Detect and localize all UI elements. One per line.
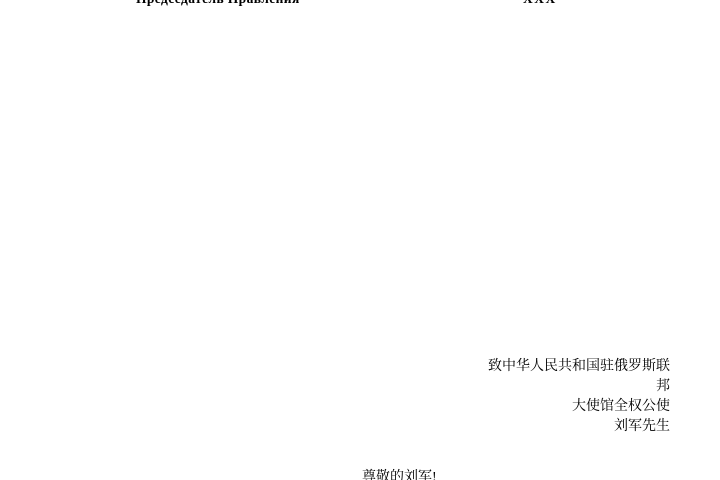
addressee-line-1: 致中华人民共和国驻俄罗斯联 [488,357,670,377]
salutation-text: 尊敬的刘军! [362,468,437,480]
signature-role-text: Председатель Правления [136,0,300,7]
addressee-line-4: 刘军先生 [488,417,670,437]
addressee-line-2: 邦 [488,377,670,397]
addressee-line-3: 大使馆全权公使 [488,397,670,417]
addressee-block: 致中华人民共和国驻俄罗斯联 邦 大使馆全权公使 刘军先生 [488,357,670,437]
signature-name-text: XXX [523,0,557,7]
document-page: Председатель Правления XXX 致中华人民共和国驻俄罗斯联… [0,0,720,480]
